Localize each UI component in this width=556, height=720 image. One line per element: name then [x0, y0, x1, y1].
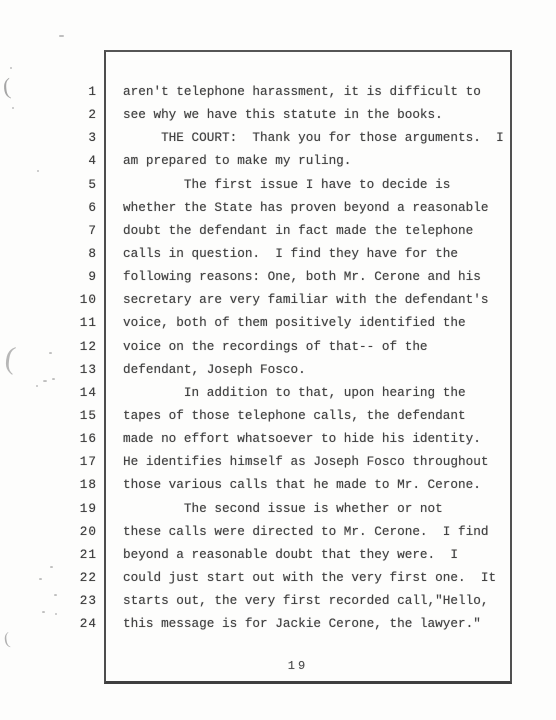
line-text: He identifies himself as Joseph Fosco th…	[123, 450, 488, 473]
line-number: 10	[0, 288, 97, 311]
line-text: THE COURT: Thank you for those arguments…	[123, 126, 504, 149]
line-text: following reasons: One, both Mr. Cerone …	[123, 265, 481, 288]
transcript-line: 21 beyond a reasonable doubt that they w…	[0, 543, 556, 566]
line-text: calls in question. I find they have for …	[123, 242, 458, 265]
transcript-line: 19 The second issue is whether or not	[0, 497, 556, 520]
line-text: tapes of those telephone calls, the defe…	[123, 404, 466, 427]
line-number: 6	[0, 196, 97, 219]
line-text: doubt the defendant in fact made the tel…	[123, 219, 473, 242]
line-text: could just start out with the very first…	[123, 566, 496, 589]
line-number: 23	[0, 589, 97, 612]
transcript-line: 24 this message is for Jackie Cerone, th…	[0, 612, 556, 635]
line-text: voice, both of them positively identifie…	[123, 311, 466, 334]
line-number: 4	[0, 149, 97, 172]
scan-speckle	[54, 594, 57, 596]
scan-speckle	[59, 35, 64, 37]
line-text: In addition to that, upon hearing the	[123, 381, 466, 404]
line-text: The second issue is whether or not	[123, 497, 443, 520]
scan-speckle	[37, 170, 39, 172]
transcript-line: 3 THE COURT: Thank you for those argumen…	[0, 126, 556, 149]
scan-speckle	[39, 578, 42, 580]
line-text: made no effort whatsoever to hide his id…	[123, 427, 481, 450]
transcript-line: 17 He identifies himself as Joseph Fosco…	[0, 450, 556, 473]
transcript-line: 9 following reasons: One, both Mr. Ceron…	[0, 265, 556, 288]
transcript-line: 18 those various calls that he made to M…	[0, 473, 556, 496]
line-text: this message is for Jackie Cerone, the l…	[123, 612, 481, 635]
margin-paren-mark: (	[2, 74, 12, 101]
line-number: 22	[0, 566, 97, 589]
line-text: beyond a reasonable doubt that they were…	[123, 543, 458, 566]
transcript-line: 5 The first issue I have to decide is	[0, 173, 556, 196]
transcript-line: 2 see why we have this statute in the bo…	[0, 103, 556, 126]
line-number: 20	[0, 520, 97, 543]
line-number: 15	[0, 404, 97, 427]
line-text: secretary are very familiar with the def…	[123, 288, 488, 311]
line-text: see why we have this statute in the book…	[123, 103, 443, 126]
line-number: 2	[0, 103, 97, 126]
line-number: 5	[0, 173, 97, 196]
scan-speckle	[50, 566, 53, 568]
scan-speckle	[10, 67, 12, 69]
transcript-line: 22 could just start out with the very fi…	[0, 566, 556, 589]
scan-speckle	[36, 385, 38, 387]
line-number: 16	[0, 427, 97, 450]
line-number: 7	[0, 219, 97, 242]
line-number: 17	[0, 450, 97, 473]
scan-speckle	[49, 352, 52, 354]
line-text: The first issue I have to decide is	[123, 173, 450, 196]
transcript-line: 11 voice, both of them positively identi…	[0, 311, 556, 334]
line-number: 21	[0, 543, 97, 566]
line-number: 3	[0, 126, 97, 149]
line-text: voice on the recordings of that-- of the	[123, 335, 428, 358]
transcript-line: 7 doubt the defendant in fact made the t…	[0, 219, 556, 242]
transcript-line: 16 made no effort whatsoever to hide his…	[0, 427, 556, 450]
scan-speckle	[52, 378, 55, 380]
transcript-line: 23 starts out, the very first recorded c…	[0, 589, 556, 612]
line-number: 18	[0, 473, 97, 496]
line-text: aren't telephone harassment, it is diffi…	[123, 80, 481, 103]
transcript-line: 14 In addition to that, upon hearing the	[0, 381, 556, 404]
line-text: these calls were directed to Mr. Cerone.…	[123, 520, 488, 543]
line-number: 1	[0, 80, 97, 103]
scan-speckle	[12, 107, 14, 109]
line-number: 8	[0, 242, 97, 265]
line-number: 19	[0, 497, 97, 520]
scan-speckle	[55, 613, 57, 615]
transcript-line: 12 voice on the recordings of that-- of …	[0, 335, 556, 358]
transcript-line: 1 aren't telephone harassment, it is dif…	[0, 80, 556, 103]
transcript-line: 15 tapes of those telephone calls, the d…	[0, 404, 556, 427]
transcript-line: 8 calls in question. I find they have fo…	[0, 242, 556, 265]
line-number: 24	[0, 612, 97, 635]
transcript-line: 6 whether the State has proven beyond a …	[0, 196, 556, 219]
line-text: whether the State has proven beyond a re…	[123, 196, 488, 219]
line-number: 11	[0, 311, 97, 334]
transcript-line: 13 defendant, Joseph Fosco.	[0, 358, 556, 381]
transcript-line: 10 secretary are very familiar with the …	[0, 288, 556, 311]
page-number: 19	[268, 659, 328, 673]
scan-speckle	[43, 380, 47, 382]
transcript-line: 20 these calls were directed to Mr. Cero…	[0, 520, 556, 543]
scan-speckle	[42, 611, 45, 613]
line-text: those various calls that he made to Mr. …	[123, 473, 481, 496]
transcript-line: 4 am prepared to make my ruling.	[0, 149, 556, 172]
line-number: 9	[0, 265, 97, 288]
line-number: 14	[0, 381, 97, 404]
transcript-lines: 1 aren't telephone harassment, it is dif…	[0, 80, 556, 635]
line-text: starts out, the very first recorded call…	[123, 589, 488, 612]
line-text: defendant, Joseph Fosco.	[123, 358, 306, 381]
line-text: am prepared to make my ruling.	[123, 149, 351, 172]
